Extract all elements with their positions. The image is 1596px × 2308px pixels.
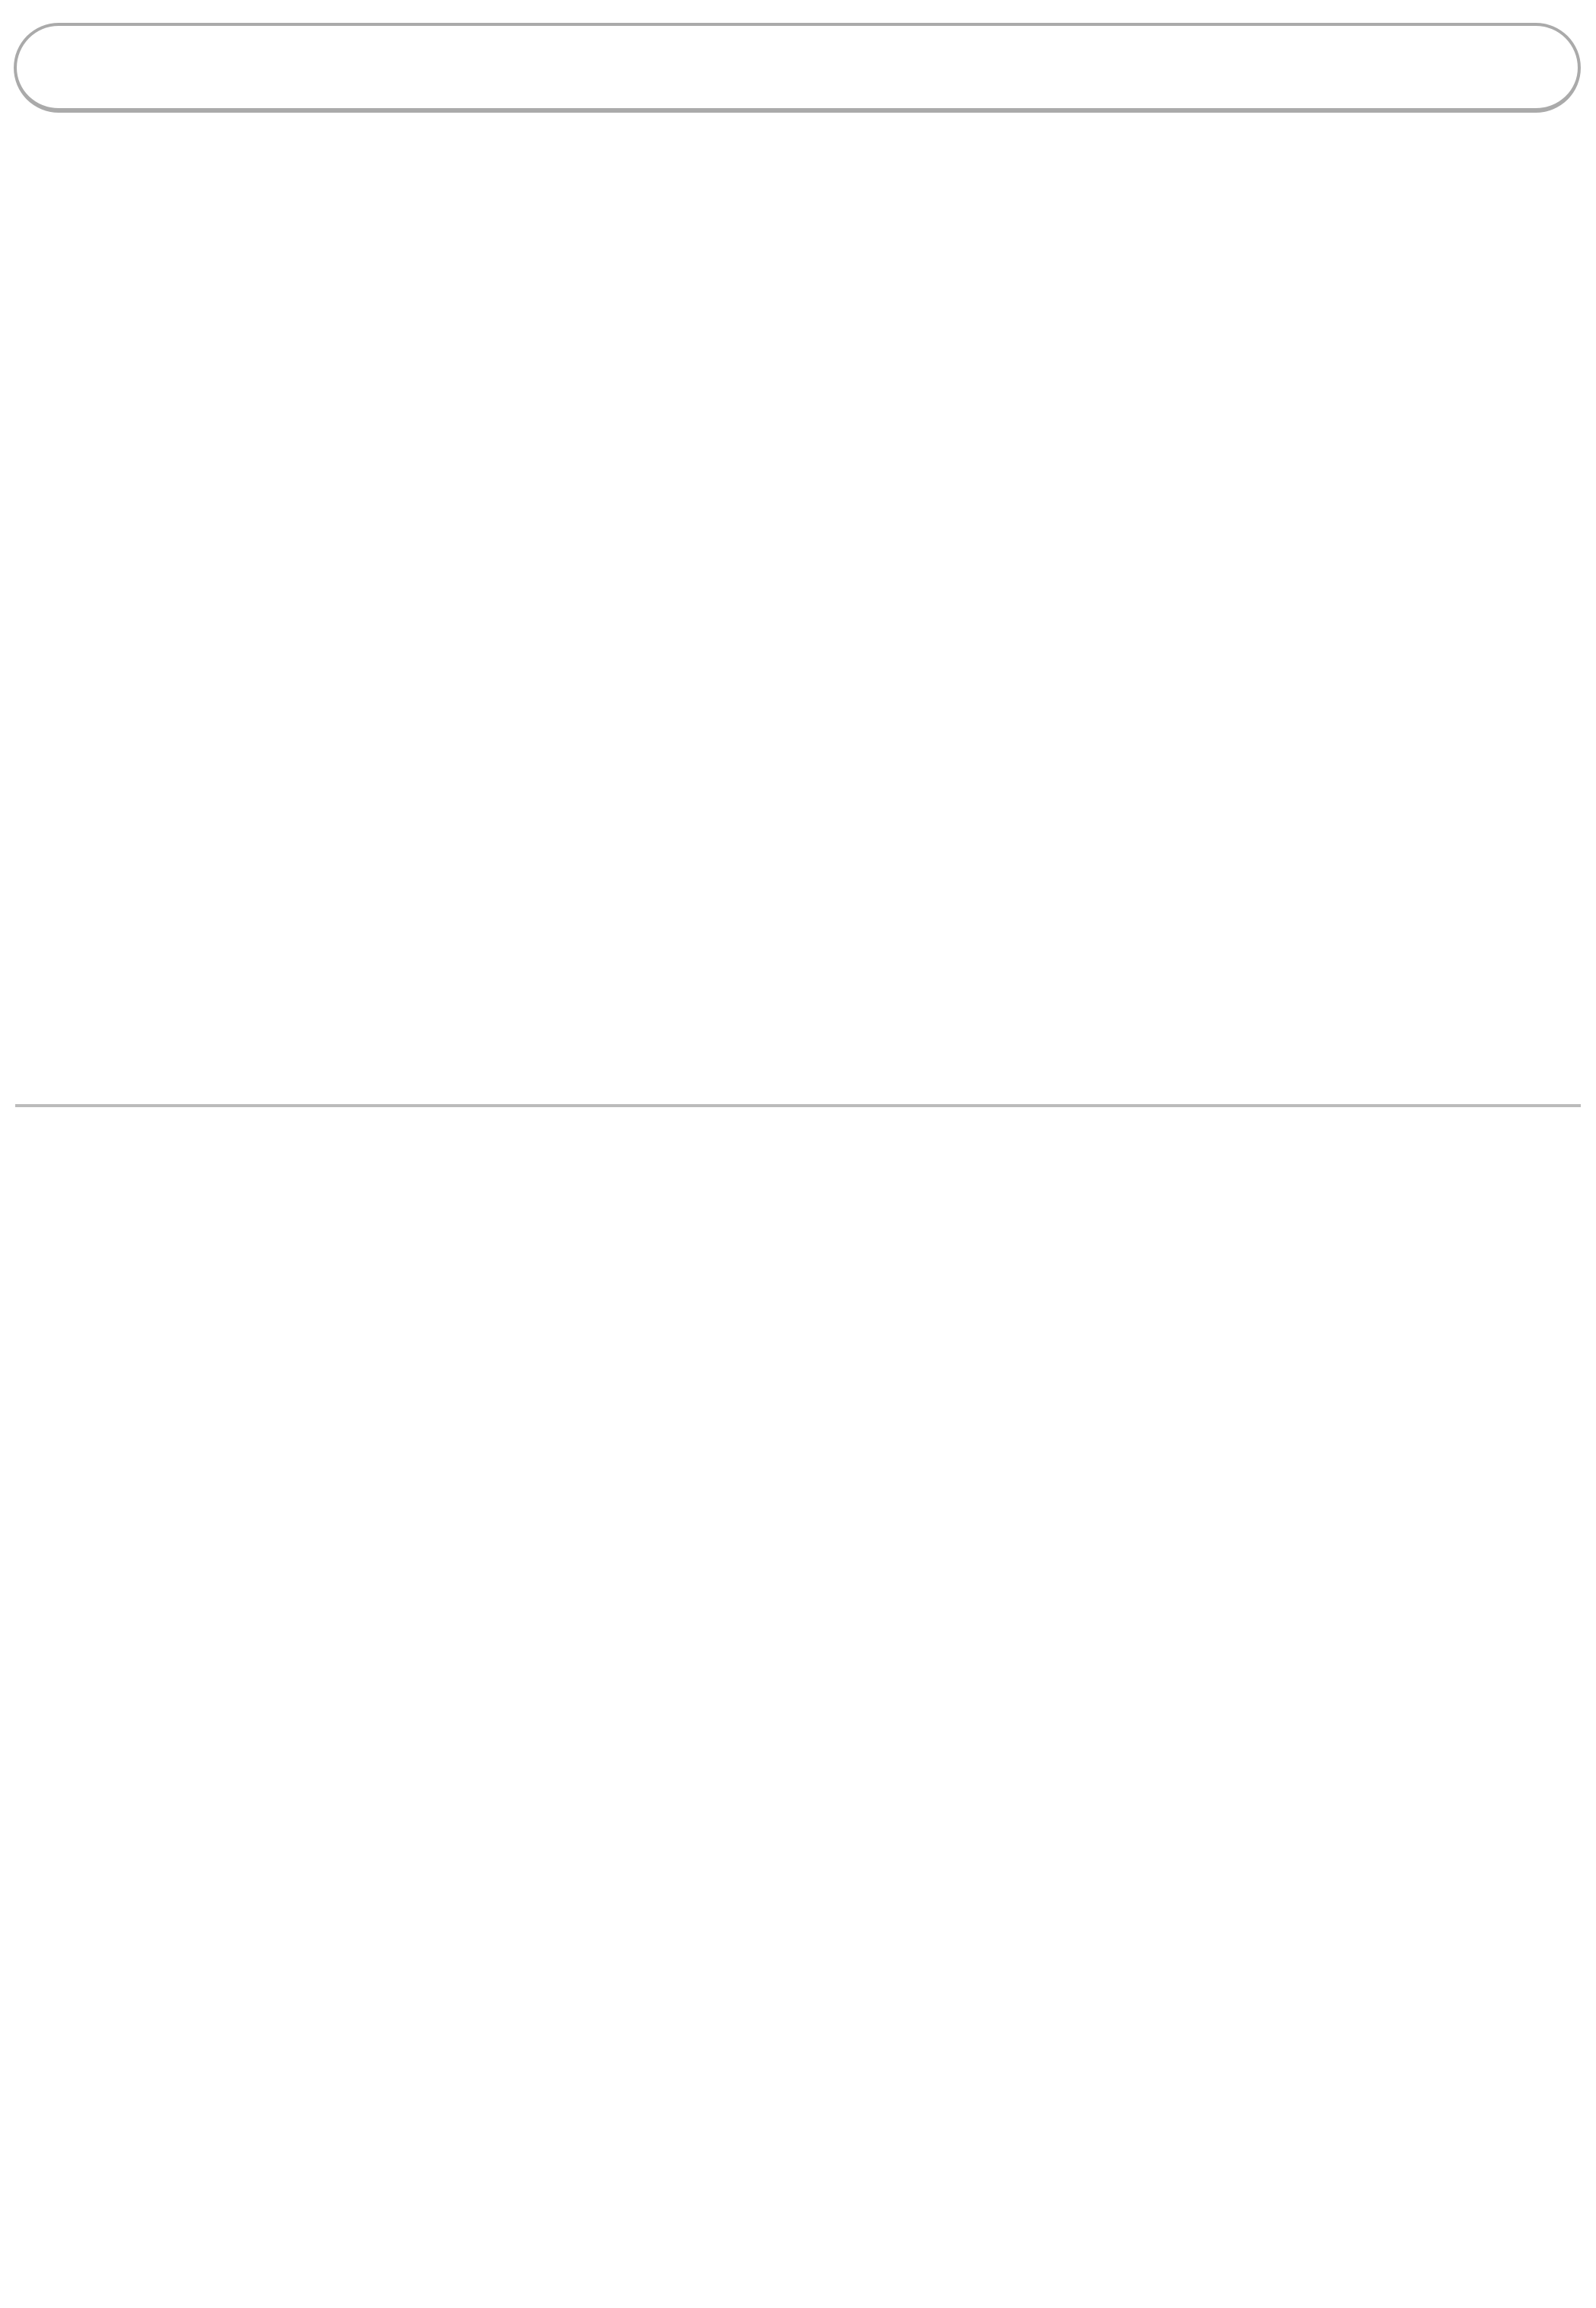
interview-body: [15, 311, 1581, 1103]
masthead: [14, 23, 1581, 113]
regulation-body: [15, 1113, 1581, 2308]
section-divider: [15, 1104, 1581, 1107]
interview-columns: [15, 311, 1581, 1103]
regulation-columns: [15, 1113, 1581, 2308]
